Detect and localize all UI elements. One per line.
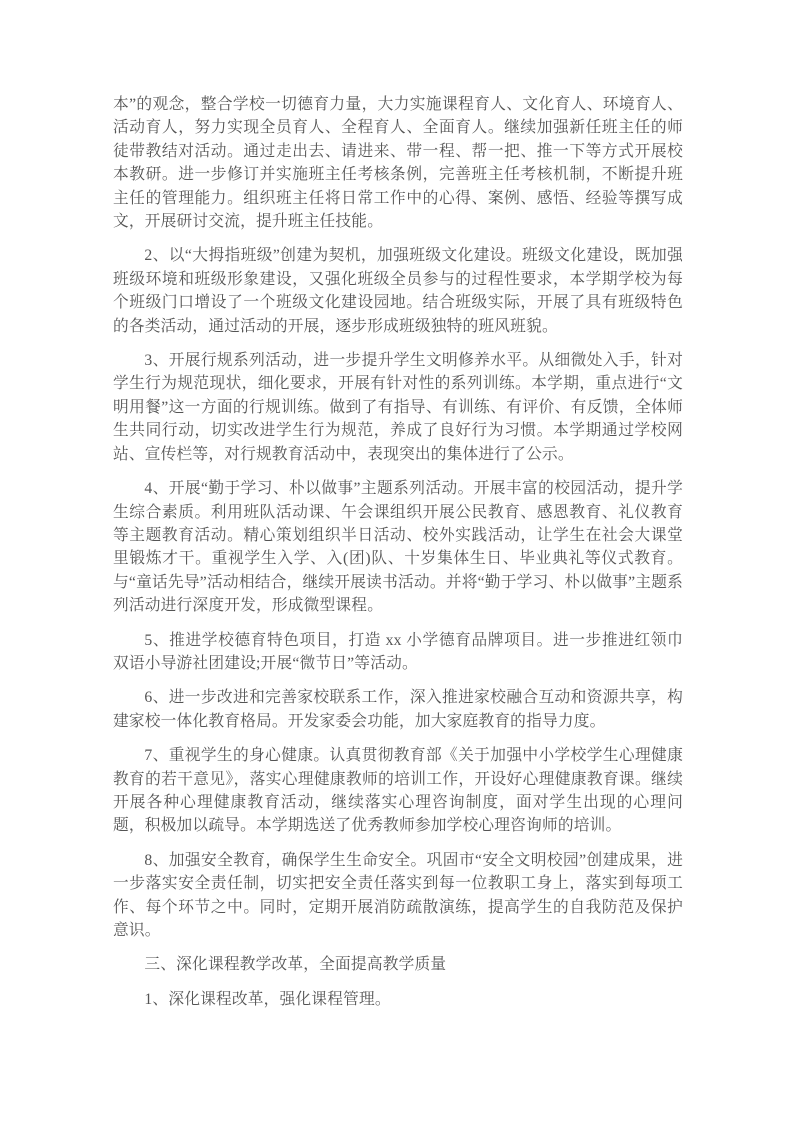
paragraph-item-1-curriculum: 1、深化课程改革，强化课程管理。 — [113, 988, 683, 1011]
paragraph-item-2: 2、以“大拇指班级”创建为契机，加强班级文化建设。班级文化建设，既加强班级环境和… — [113, 244, 683, 338]
paragraph-item-7: 7、重视学生的身心健康。认真贯彻教育部《关于加强中小学校学生心理健康教育的若干意… — [113, 744, 683, 838]
paragraph-item-5: 5、推进学校德育特色项目，打造 xx 小学德育品牌项目。进一步推进红领巾双语小导… — [113, 629, 683, 676]
document-body: 本”的观念，整合学校一切德育力量，大力实施课程育人、文化育人、环境育人、活动育人… — [113, 93, 683, 1022]
section-heading-3: 三、深化课程教学改革，全面提高教学质量 — [113, 953, 683, 976]
paragraph-item-3: 3、开展行规系列活动，进一步提升学生文明修养水平。从细微处入手，针对学生行为规范… — [113, 349, 683, 466]
paragraph-item-8: 8、加强安全教育，确保学生生命安全。巩固市“安全文明校园”创建成果，进一步落实安… — [113, 849, 683, 943]
paragraph-continuation: 本”的观念，整合学校一切德育力量，大力实施课程育人、文化育人、环境育人、活动育人… — [113, 93, 683, 233]
paragraph-item-6: 6、进一步改进和完善家校联系工作，深入推进家校融合互动和资源共享，构建家校一体化… — [113, 686, 683, 733]
document-page: { "page": { "background_color": "#ffffff… — [0, 0, 793, 1122]
paragraph-item-4: 4、开展“勤于学习、朴以做事”主题系列活动。开展丰富的校园活动，提升学生综合素质… — [113, 477, 683, 617]
